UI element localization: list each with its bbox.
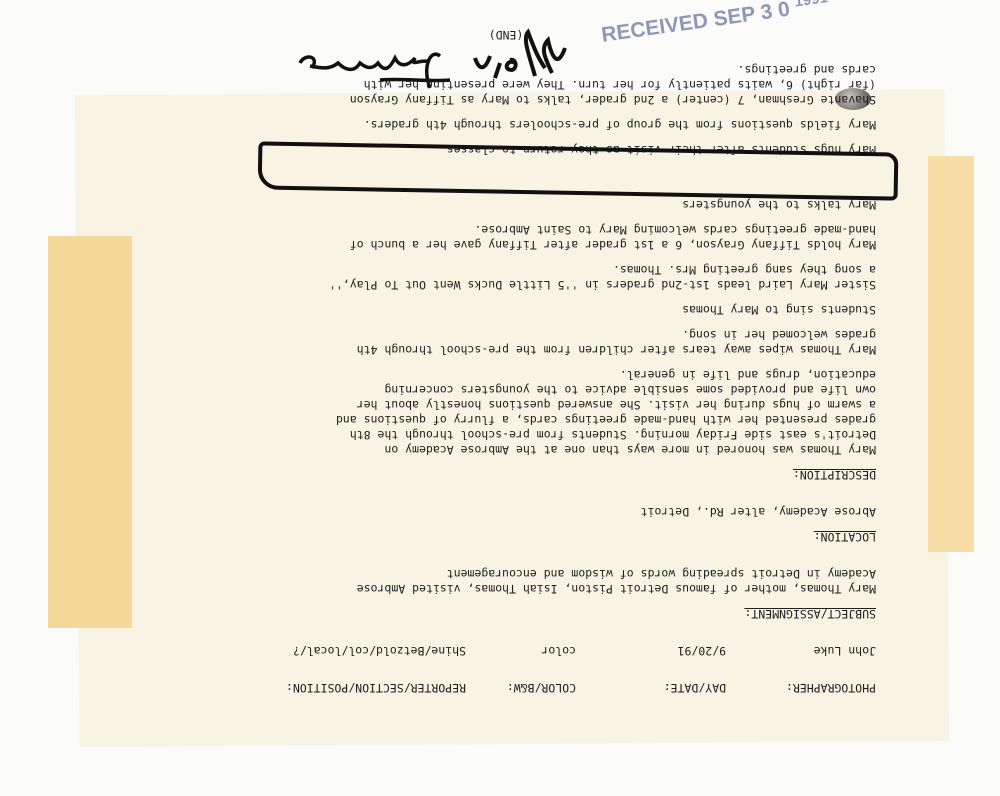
masking-tape-left [48,236,132,628]
form-header-values: John Luke 9/20/91 color Shine/Betzold/co… [136,643,876,658]
masking-tape-right [928,156,974,552]
description-label: DESCRIPTION: [136,467,876,482]
color-value: color [466,643,576,658]
reporter-value: Shine/Betzold/col/local/? [293,643,466,658]
description-paragraph: Mary Thomas was honored in more ways tha… [136,367,876,457]
description-paragraph: Mary holds Tiffany Grayson, 6 a 1st grad… [136,222,876,252]
description-paragraph: Sister Mary Laird leads 1st-2nd graders … [136,262,876,292]
photographer-value: John Luke [726,643,876,658]
subject-text: Mary Thomas, mother of famous Detroit Pi… [136,566,876,596]
description-paragraph: Mary Thomas wipes away tears after child… [136,327,876,357]
stamp-year: 1991 [793,0,828,11]
location-text: Abrose Academy, alter Rd., Detroit [136,504,876,519]
description-paragraph: Mary talks to the youngsters [136,197,876,212]
date-label: DAY/DATE: [576,680,726,695]
form-header: PHOTOGRAPHER: DAY/DATE: COLOR/B&W: REPOR… [136,680,876,695]
photographer-label: PHOTOGRAPHER: [726,680,876,695]
color-label: COLOR/B&W: [466,680,576,695]
end-marker: (END) [136,27,876,42]
description-paragraph: Students sing to Mary Thomas [136,302,876,317]
caption-paragraph: Mary fields questions from the group of … [136,117,876,132]
typed-caption-form: PHOTOGRAPHER: DAY/DATE: COLOR/B&W: REPOR… [78,93,946,743]
circled-caption: Mary hugs students after their visit as … [136,142,876,187]
location-label: LOCATION: [136,529,876,544]
reporter-label: REPORTER/SECTION/POSITION: [286,680,466,695]
date-value: 9/20/91 [576,643,726,658]
caption-paragraph: Shavante Greshman, 7 (center) a 2nd grad… [136,62,876,107]
subject-label: SUBJECT/ASSIGNMENT: [136,606,876,621]
